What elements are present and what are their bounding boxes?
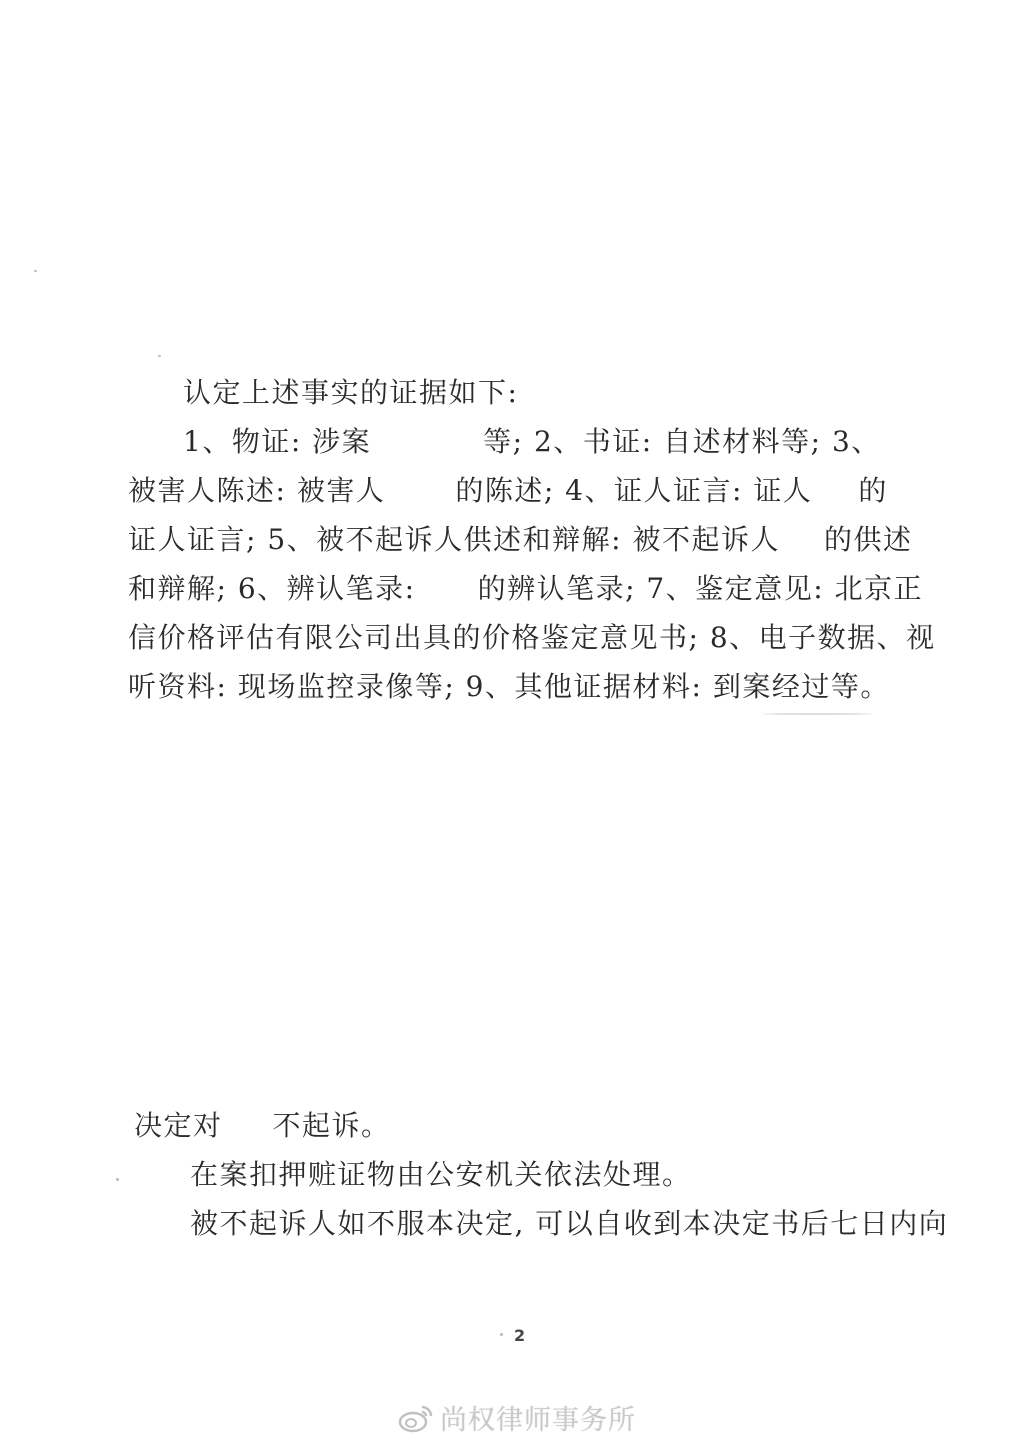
evidence-line-4: 和辩解; 6、辨认笔录:的辨认笔录; 7、鉴定意见: 北京正 xyxy=(128,572,923,606)
scan-smudge xyxy=(762,713,872,715)
weibo-icon xyxy=(398,1403,434,1433)
evidence-line-3: 证人证言; 5、被不起诉人供述和辩解: 被不起诉人的供述 xyxy=(128,523,913,557)
scan-speck xyxy=(158,355,161,357)
watermark: 尚权律师事务所 xyxy=(398,1398,636,1437)
scan-speck xyxy=(116,1178,119,1181)
evidence-heading: 认定上述事实的证据如下: xyxy=(183,376,518,410)
watermark-text: 尚权律师事务所 xyxy=(440,1398,636,1437)
scan-speck xyxy=(34,270,37,272)
decision-line: 决定对不起诉。 xyxy=(134,1109,391,1143)
appeal-notice-line: 被不起诉人如不服本决定, 可以自收到本决定书后七日内向 xyxy=(190,1207,948,1241)
evidence-line-1: 1、物证: 涉案等; 2、书证: 自述材料等; 3、 xyxy=(183,425,881,459)
page-number: 2 xyxy=(514,1326,525,1345)
evidence-line-2: 被害人陈述: 被害人的陈述; 4、证人证言: 证人的 xyxy=(128,474,888,508)
evidence-line-6: 听资料: 现场监控录像等; 9、其他证据材料: 到案经过等。 xyxy=(128,670,890,704)
scan-speck xyxy=(500,1333,503,1336)
seized-items-line: 在案扣押赃证物由公安机关依法处理。 xyxy=(190,1158,692,1192)
evidence-line-5: 信价格评估有限公司出具的价格鉴定意见书; 8、电子数据、视 xyxy=(128,621,936,655)
